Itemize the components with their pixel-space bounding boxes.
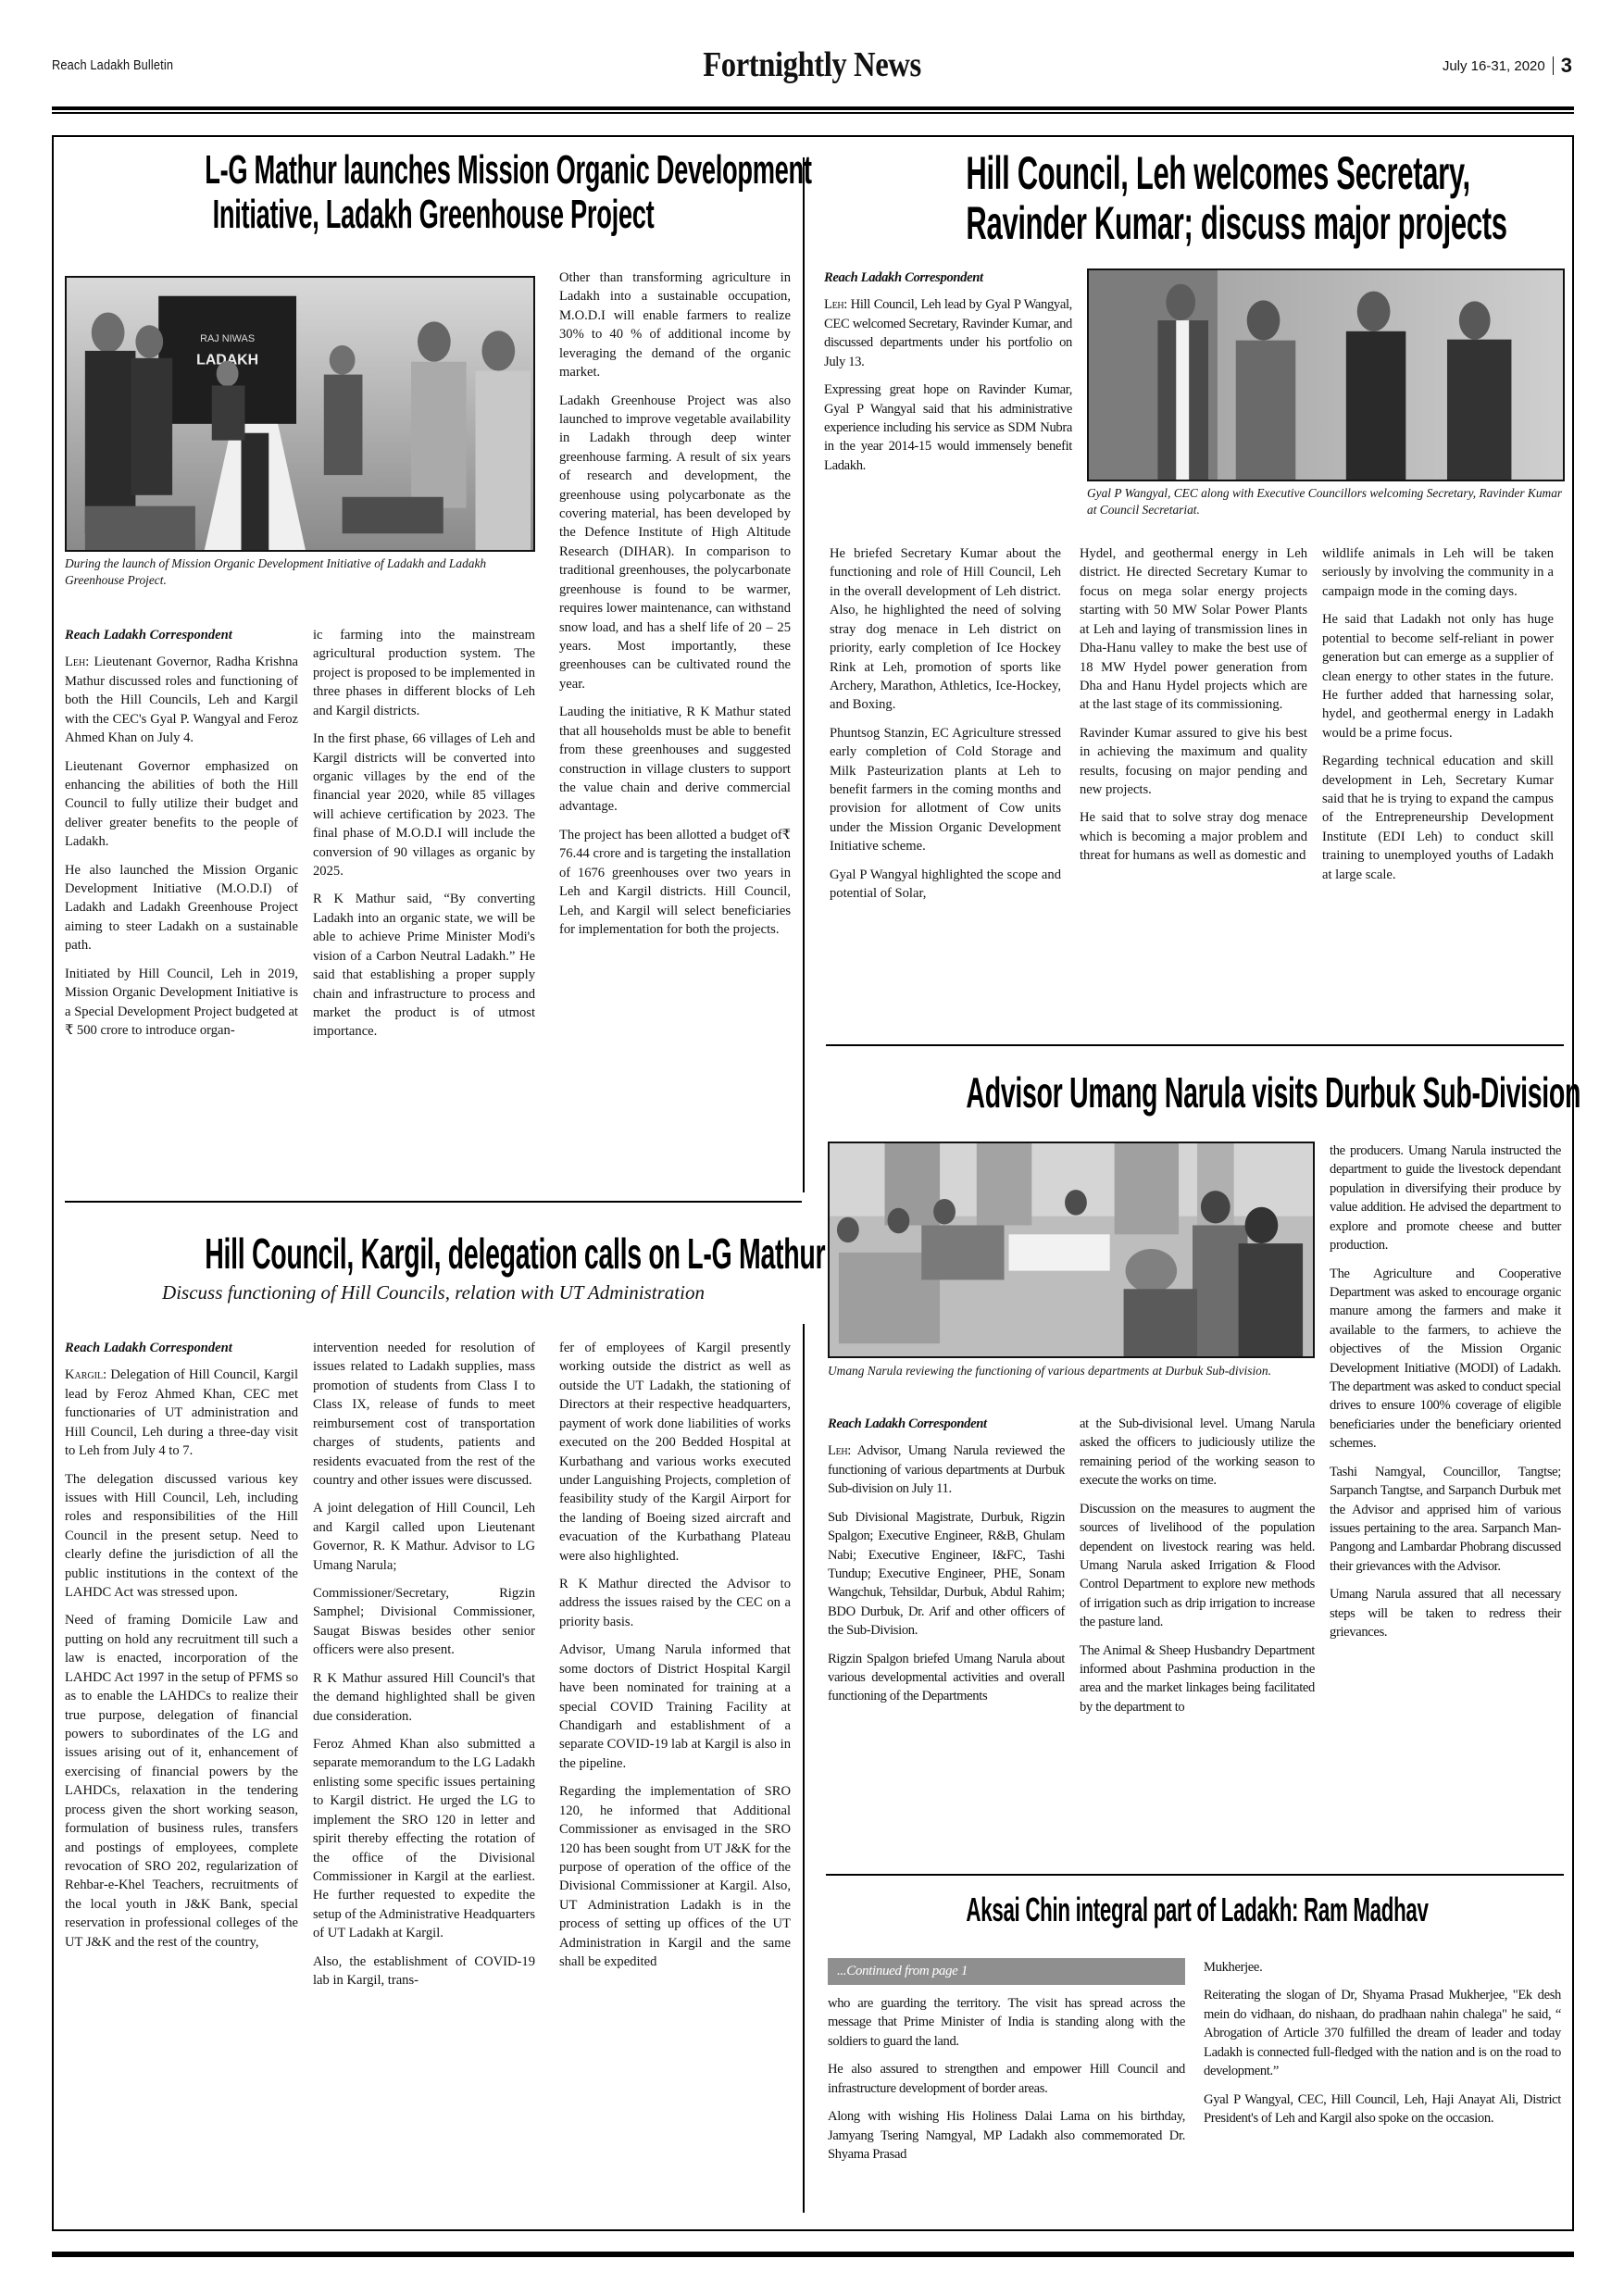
photo-secretary-welcome <box>1087 268 1565 481</box>
headline-line: L-G Mathur launches Mission Organic Deve… <box>205 148 662 193</box>
article-durbuk-visit: Advisor Umang Narula visits Durbuk Sub-D… <box>826 1070 1564 1117</box>
photo-caption: During the launch of Mission Organic Dev… <box>65 555 535 589</box>
dateline: Leh: <box>65 655 89 669</box>
byline: Reach Ladakh Correspondent <box>65 626 298 644</box>
paragraph: Advisor, Umang Narula informed that some… <box>559 1641 791 1773</box>
paragraph: Leh: Advisor, Umang Narula reviewed the … <box>828 1441 1065 1498</box>
dateline: Kargil: <box>65 1367 106 1382</box>
article-hill-council-leh: Hill Council, Leh welcomes Secretary, Ra… <box>826 148 1564 248</box>
headline: Hill Council, Leh welcomes Secretary, Ra… <box>966 148 1423 248</box>
paragraph: Kargil: Delegation of Hill Council, Karg… <box>65 1366 298 1460</box>
article-column: Other than transforming agriculture in L… <box>559 268 791 948</box>
paragraph: Umang Narula assured that all necessary … <box>1330 1585 1561 1641</box>
section-divider <box>65 1201 802 1203</box>
paragraph: fer of employees of Kargil presently wor… <box>559 1339 791 1566</box>
footer-rule <box>52 2252 1574 2257</box>
photo-durbuk-meeting <box>828 1142 1315 1358</box>
svg-text:RAJ NIWAS: RAJ NIWAS <box>200 333 255 344</box>
subheadline: Discuss functioning of Hill Councils, re… <box>65 1281 802 1304</box>
paragraph: The project has been allotted a budget o… <box>559 826 791 940</box>
headline-line: Ravinder Kumar; discuss major projects <box>966 198 1423 248</box>
paragraph: Leh: Lieutenant Governor, Radha Krishna … <box>65 653 298 747</box>
paragraph: ic farming into the mainstream agricultu… <box>313 626 535 720</box>
paragraph: who are guarding the territory. The visi… <box>828 1994 1185 2051</box>
paragraph: Lauding the initiative, R K Mathur state… <box>559 703 791 817</box>
photo-image <box>1089 270 1563 480</box>
article-column: Reach Ladakh Correspondent Leh: Lieutena… <box>65 626 298 1049</box>
paragraph: He said that Ladakh not only has huge po… <box>1322 610 1554 742</box>
paragraph: Feroz Ahmed Khan also submitted a separa… <box>313 1735 535 1943</box>
column-divider <box>803 1324 805 2213</box>
article-column: fer of employees of Kargil presently wor… <box>559 1339 791 1981</box>
paragraph: Discussion on the measures to augment th… <box>1080 1500 1315 1632</box>
paragraph: Also, the establishment of COVID-19 lab … <box>313 1953 535 1990</box>
headline: Advisor Umang Narula visits Durbuk Sub-D… <box>966 1070 1423 1117</box>
paragraph: In the first phase, 66 villages of Leh a… <box>313 730 535 880</box>
paragraph: The Agriculture and Cooperative Departme… <box>1330 1265 1561 1454</box>
paragraph: Mukherjee. <box>1204 1958 1561 1977</box>
paragraph: Hydel, and geothermal energy in Leh dist… <box>1080 544 1307 715</box>
byline: Reach Ladakh Correspondent <box>828 1415 1065 1433</box>
paragraph: The delegation discussed various key iss… <box>65 1470 298 1603</box>
paragraph: He also launched the Mission Organic Dev… <box>65 861 298 955</box>
paragraph: Along with wishing His Holiness Dalai La… <box>828 2107 1185 2164</box>
masthead-rule <box>52 106 1574 110</box>
paragraph: Regarding technical education and skill … <box>1322 752 1554 884</box>
issue-info: July 16-31, 2020 3 <box>1443 54 1572 78</box>
photo-caption: Umang Narula reviewing the functioning o… <box>828 1363 1315 1379</box>
dateline: Leh: <box>824 297 847 312</box>
headline-line: Hill Council, Leh welcomes Secretary, <box>966 148 1423 198</box>
paragraph: Ladakh Greenhouse Project was also launc… <box>559 392 791 694</box>
divider <box>1553 56 1554 75</box>
section-divider <box>826 1874 1564 1876</box>
paragraph: He said that to solve stray dog menace w… <box>1080 808 1307 865</box>
article-column: Reach Ladakh Correspondent Kargil: Deleg… <box>65 1339 298 1961</box>
article-column: Reach Ladakh Correspondent Leh: Hill Cou… <box>824 268 1072 484</box>
issue-date: July 16-31, 2020 <box>1443 58 1545 74</box>
photo-launch-event: RAJ NIWAS LADAKH <box>65 276 535 552</box>
paragraph: Gyal P Wangyal, CEC, Hill Council, Leh, … <box>1204 2090 1561 2128</box>
photo-image <box>830 1143 1313 1356</box>
section-title: Fortnightly News <box>114 44 1510 85</box>
paragraph: Commissioner/Secretary, Rigzin Samphel; … <box>313 1584 535 1660</box>
continued-from-label: ...Continued from page 1 <box>828 1958 1185 1985</box>
paragraph: Gyal P Wangyal highlighted the scope and… <box>830 866 1061 904</box>
paragraph: R K Mathur assured Hill Council's that t… <box>313 1669 535 1726</box>
paragraph: R K Mathur directed the Advisor to addre… <box>559 1575 791 1631</box>
paragraph-text: Advisor, Umang Narula reviewed the funct… <box>828 1443 1065 1496</box>
paragraph: R K Mathur said, “By converting Ladakh i… <box>313 890 535 1041</box>
article-column: at the Sub-divisional level. Umang Narul… <box>1080 1415 1315 1726</box>
article-column: ic farming into the mainstream agricultu… <box>313 626 535 1051</box>
column-divider <box>803 157 805 1192</box>
paragraph: the producers. Umang Narula instructed t… <box>1330 1142 1561 1255</box>
article-column: the producers. Umang Narula instructed t… <box>1330 1142 1561 1652</box>
paragraph: at the Sub-divisional level. Umang Narul… <box>1080 1415 1315 1491</box>
headline: L-G Mathur launches Mission Organic Deve… <box>205 148 662 236</box>
headline: Aksai Chin integral part of Ladakh: Ram … <box>966 1892 1423 1928</box>
article-mission-organic: L-G Mathur launches Mission Organic Deve… <box>65 148 802 236</box>
paragraph-text: Lieutenant Governor, Radha Krishna Mathu… <box>65 655 298 745</box>
byline: Reach Ladakh Correspondent <box>824 268 1072 287</box>
article-column: He briefed Secretary Kumar about the fun… <box>830 544 1061 913</box>
paragraph: intervention needed for resolution of is… <box>313 1339 535 1490</box>
paragraph: Phuntsog Stanzin, EC Agriculture stresse… <box>830 724 1061 856</box>
section-divider <box>826 1044 1564 1046</box>
article-kargil-delegation: Hill Council, Kargil, delegation calls o… <box>65 1231 802 1278</box>
headline: Hill Council, Kargil, delegation calls o… <box>205 1231 662 1278</box>
article-aksai-chin: Aksai Chin integral part of Ladakh: Ram … <box>826 1892 1564 1928</box>
paragraph: Ravinder Kumar assured to give his best … <box>1080 724 1307 800</box>
paragraph: Need of framing Domicile Law and putting… <box>65 1611 298 1952</box>
paragraph-text: Hill Council, Leh lead by Gyal P Wangyal… <box>824 297 1072 368</box>
paragraph: wildlife animals in Leh will be taken se… <box>1322 544 1554 601</box>
paragraph: Reiterating the slogan of Dr, Shyama Pra… <box>1204 1986 1561 2080</box>
article-column: Reach Ladakh Correspondent Leh: Advisor,… <box>828 1415 1065 1716</box>
page-number: 3 <box>1561 54 1572 78</box>
masthead-rule-thin <box>52 112 1574 114</box>
paragraph: Regarding the implementation of SRO 120,… <box>559 1782 791 1971</box>
paragraph: Tashi Namgyal, Councillor, Tangtse; Sarp… <box>1330 1463 1561 1577</box>
article-column: intervention needed for resolution of is… <box>313 1339 535 2000</box>
paragraph: Expressing great hope on Ravinder Kumar,… <box>824 381 1072 475</box>
dateline: Leh: <box>828 1443 851 1458</box>
article-column: Mukherjee. Reiterating the slogan of Dr,… <box>1204 1958 1561 2137</box>
paragraph: He briefed Secretary Kumar about the fun… <box>830 544 1061 715</box>
paragraph: Leh: Hill Council, Leh lead by Gyal P Wa… <box>824 295 1072 371</box>
photo-caption: Gyal P Wangyal, CEC along with Executive… <box>1087 485 1565 518</box>
paragraph: A joint delegation of Hill Council, Leh … <box>313 1499 535 1575</box>
paragraph: Lieutenant Governor emphasized on enhanc… <box>65 757 298 852</box>
paragraph: Initiated by Hill Council, Leh in 2019, … <box>65 965 298 1041</box>
article-column: ...Continued from page 1 who are guardin… <box>828 1958 1185 2173</box>
paragraph: He also assured to strengthen and empowe… <box>828 2060 1185 2098</box>
paragraph: Other than transforming agriculture in L… <box>559 268 791 382</box>
headline-line: Initiative, Ladakh Greenhouse Project <box>205 193 662 237</box>
paragraph: The Animal & Sheep Husbandry Department … <box>1080 1641 1315 1717</box>
article-column: Hydel, and geothermal energy in Leh dist… <box>1080 544 1307 875</box>
byline: Reach Ladakh Correspondent <box>65 1339 298 1357</box>
paragraph: Rigzin Spalgon briefed Umang Narula abou… <box>828 1650 1065 1706</box>
photo-image: RAJ NIWAS LADAKH <box>67 278 533 550</box>
paragraph: Sub Divisional Magistrate, Durbuk, Rigzi… <box>828 1508 1065 1641</box>
article-column: wildlife animals in Leh will be taken se… <box>1322 544 1554 893</box>
